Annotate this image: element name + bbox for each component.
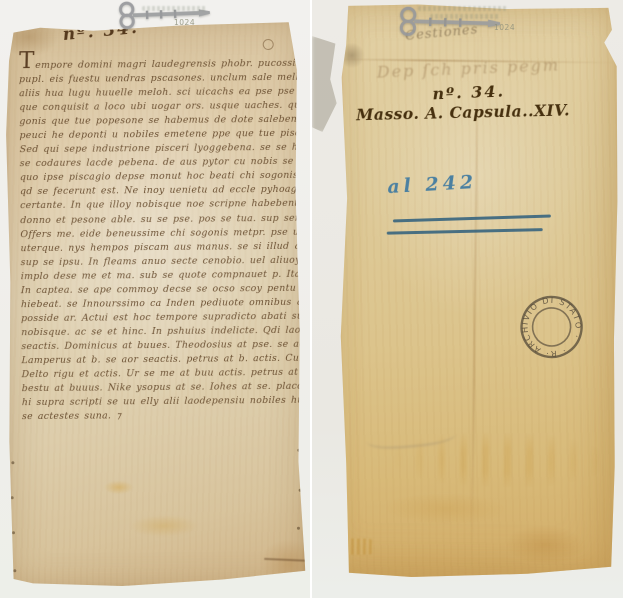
verso-shelfmark: Masso. A. Capsula..XIV. [356,100,570,124]
faint-ruler-caption [418,6,508,11]
recto-parchment: nº. 34. Tempore domini magri laudegrensi… [5,19,306,590]
stain [505,524,585,565]
archive-stamp-text: · R· ARCHIVIO DI STATO · [507,283,595,371]
verso-parchment: Cestiones Dep ſch pris pegm nº. 34. Mass… [324,2,621,582]
repair-patch [312,36,338,132]
hole [297,527,300,530]
hole [299,489,302,492]
hole [12,531,15,534]
stain [129,515,199,538]
hole [297,449,300,452]
ink-show-through [394,431,605,489]
stain [259,539,310,590]
blue-pencil-stroke [387,228,543,234]
stain [385,493,505,524]
stain [339,42,365,68]
manuscript-line: Tempore domini magri laudegrensis phobr.… [19,52,291,73]
scale-number: 1024 [494,23,515,32]
hole [11,461,14,464]
manuscript-line: se actestes suna. ⁊ [22,408,294,424]
faded-edge-stamp [321,538,373,555]
verso-faded-inscription: Dep ſch pris pegm [376,55,560,81]
svg-text:· R· ARCHIVIO DI STATO ·: · R· ARCHIVIO DI STATO · [507,283,595,371]
recto-photo: nº. 34. Tempore domini magri laudegrensi… [0,0,310,598]
verso-archive-number: nº. 34. [432,81,505,103]
blue-pencil-stroke [393,215,551,223]
hole [13,569,16,572]
scale-number: 1024 [174,18,195,27]
faint-ruler-caption [430,14,500,19]
verso-blue-pencil-number: al 242 [387,171,478,198]
faint-ruler-caption [142,6,206,11]
stain [104,480,134,494]
hole [11,496,14,499]
manuscript-photo-pair: nº. 34. Tempore domini magri laudegrensi… [0,0,623,598]
key-scale-marker-icon [396,6,507,45]
ring-mark [263,39,274,50]
crease-mark [264,558,309,562]
archive-stamp: · R· ARCHIVIO DI STATO · [509,284,594,373]
verso-photo: Cestiones Dep ſch pris pegm nº. 34. Mass… [312,0,623,598]
manuscript-text: Tempore domini magri laudegrensis phobr.… [19,52,294,425]
